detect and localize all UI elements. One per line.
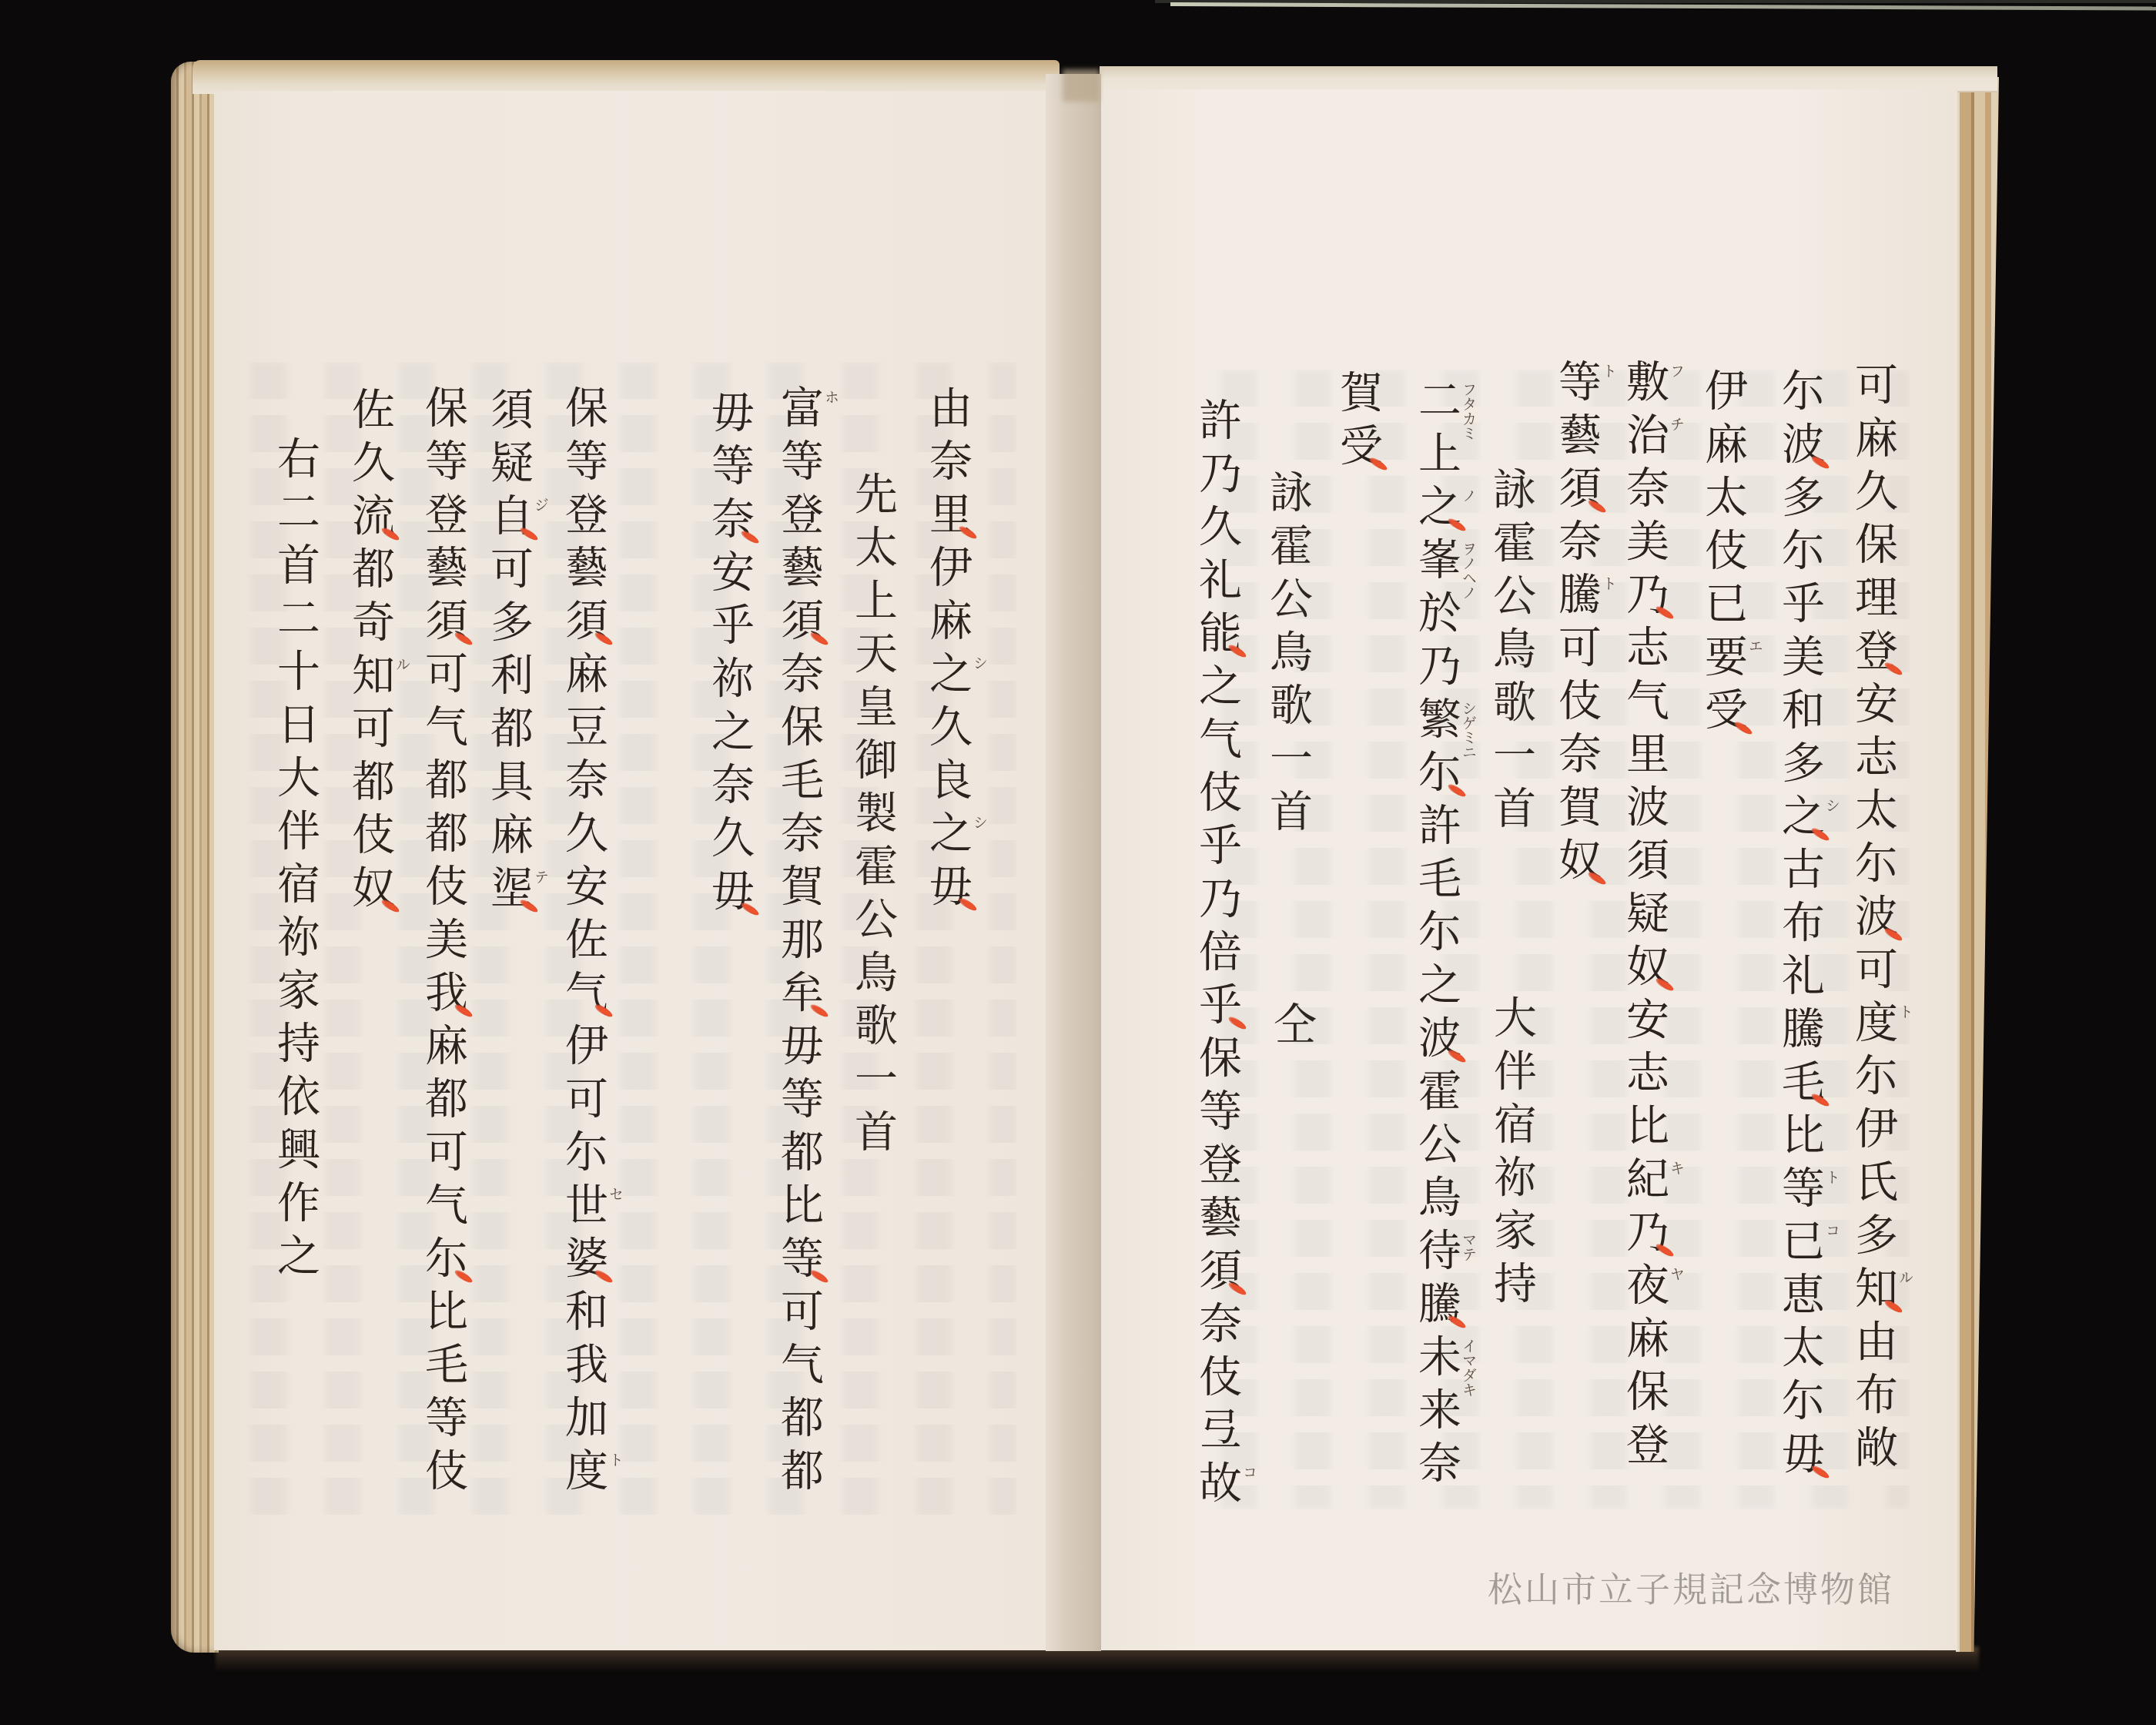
column-text: 敷治奈美乃志气里波須疑奴安志比紀乃夜麻保登	[1622, 359, 1666, 1475]
kana-gloss: コ	[1241, 1465, 1257, 1479]
kana-gloss: セ	[608, 1187, 623, 1201]
heading-text: 先太上天皇御製霍公鳥歌一首	[851, 471, 894, 1162]
column-text: 由奈里伊麻之久良之毋	[926, 385, 969, 916]
kana-gloss: ヲノヘノ	[1461, 541, 1476, 600]
kana-gloss: エ	[1747, 638, 1763, 653]
column-text: 伊麻太伎已要受	[1701, 368, 1744, 740]
poem-column: 賀受	[1336, 370, 1379, 476]
poem-column: 尓波多尓乎美和多之古布礼騰毛比等已恵太尓毋シトコ	[1778, 368, 1821, 1484]
kana-gloss: フ	[1669, 363, 1684, 378]
kana-gloss: ヤ	[1669, 1267, 1684, 1281]
heading-text: 詠霍公鳥歌一首	[1489, 467, 1532, 839]
poem-column: 佐久流都奇知可都伎奴ル	[348, 387, 391, 918]
column-text: 可麻久保理登安志太尓波可度尓伊氏多知由布敞	[1851, 362, 1894, 1478]
poem-column: 許乃久礼能之气伎乎乃倍乎保等登藝須奈伎弖故コ	[1195, 397, 1238, 1513]
kana-gloss: ル	[394, 657, 410, 672]
kana-gloss: ホ	[823, 390, 839, 404]
left-page-top-edge	[192, 60, 1060, 94]
poem-heading: 詠霍公鳥歌一首	[1489, 467, 1532, 839]
poem-author: 大伴宿祢家持	[1490, 995, 1533, 1314]
column-text: 佐久流都奇知可都伎奴	[348, 387, 391, 918]
poem-column: 伊麻太伎已要受エ	[1701, 368, 1744, 740]
poem-column: 富等登藝須奈保毛奈賀那牟毋等都比等可气都都ホ	[777, 385, 820, 1501]
kana-gloss: キ	[1669, 1161, 1684, 1175]
poem-column: 二上之峯於乃繁尓許毛尓之波霍公鳥待騰未来奈フタカミノヲノヘノシゲミニマテイマダキ	[1414, 377, 1458, 1493]
poem-column: 等藝須奈騰可伎奈賀奴トト	[1555, 359, 1598, 890]
kana-gloss: テ	[533, 869, 548, 884]
kana-gloss: ト	[1601, 363, 1616, 378]
column-text: 二上之峯於乃繁尓許毛尓之波霍公鳥待騰未来奈	[1414, 377, 1458, 1493]
kana-gloss: イマダキ	[1461, 1338, 1476, 1397]
kana-gloss: シ	[972, 655, 987, 670]
right-page-top-edge	[1100, 66, 1997, 92]
column-text: 富等登藝須奈保毛奈賀那牟毋等都比等可气都都	[777, 385, 820, 1501]
right-page-stack-edge	[1956, 77, 1999, 1652]
gutter-top-shadow	[1063, 69, 1100, 102]
column-text: 等藝須奈騰可伎奈賀奴	[1555, 359, 1598, 890]
poem-note: 右二首二十日大伴宿祢家持依興作之	[273, 436, 316, 1286]
poem-column: 由奈里伊麻之久良之毋シシ	[926, 385, 969, 916]
kana-gloss: ル	[1897, 1270, 1913, 1285]
column-text: 保等登藝須可气都都伎美我麻都可气尓比毛等伎	[421, 385, 464, 1501]
column-text: 毋等奈安乎祢之奈久毋	[708, 390, 751, 921]
museum-watermark: 松山市立子規記念博物館	[1488, 1562, 1894, 1612]
kana-gloss: ト	[1601, 576, 1616, 591]
kana-gloss: ジ	[533, 497, 548, 512]
poem-column: 敷治奈美乃志气里波須疑奴安志比紀乃夜麻保登フチキヤ	[1622, 359, 1666, 1475]
poem-heading: 詠霍公鳥歌一首	[1266, 470, 1309, 842]
column-text: 須疑自可多利都具麻埿	[487, 387, 530, 918]
kana-gloss: シ	[1824, 798, 1840, 812]
book-gutter	[1046, 74, 1101, 1651]
author-text: 仝	[1270, 1001, 1313, 1054]
column-text: 保等登藝須麻豆奈久安佐气伊可尓世婆和我加度	[561, 385, 604, 1501]
poem-author: 仝	[1270, 1001, 1313, 1054]
kana-gloss: シゲミニ	[1461, 701, 1476, 759]
poem-column: 毋等奈安乎祢之奈久毋	[708, 390, 751, 921]
background-object-highlight	[1170, 2, 2156, 11]
author-text: 大伴宿祢家持	[1490, 995, 1533, 1314]
kana-gloss: コ	[1824, 1223, 1840, 1238]
poem-column: 保等登藝須麻豆奈久安佐气伊可尓世婆和我加度セト	[561, 385, 604, 1501]
poem-column: 須疑自可多利都具麻埿ジテ	[487, 387, 530, 918]
kana-gloss: ト	[608, 1452, 623, 1467]
kana-gloss: マテ	[1461, 1232, 1476, 1261]
poem-heading: 先太上天皇御製霍公鳥歌一首	[851, 471, 894, 1162]
note-text: 右二首二十日大伴宿祢家持依興作之	[273, 436, 316, 1286]
kana-gloss: フタカミ	[1461, 382, 1476, 440]
poem-column: 保等登藝須可气都都伎美我麻都可气尓比毛等伎	[421, 385, 464, 1501]
heading-text: 詠霍公鳥歌一首	[1266, 470, 1309, 842]
column-text: 尓波多尓乎美和多之古布礼騰毛比等已恵太尓毋	[1778, 368, 1821, 1484]
kana-gloss: シ	[972, 815, 987, 829]
kana-gloss: ノ	[1461, 488, 1476, 503]
kana-gloss: ト	[1824, 1170, 1840, 1184]
column-text: 許乃久礼能之气伎乎乃倍乎保等登藝須奈伎弖故	[1195, 397, 1238, 1513]
kana-gloss: ト	[1897, 1004, 1913, 1019]
poem-column: 可麻久保理登安志太尓波可度尓伊氏多知由布敞トル	[1851, 362, 1894, 1478]
left-page-stack-edge	[171, 62, 219, 1653]
kana-gloss: チ	[1669, 417, 1684, 431]
